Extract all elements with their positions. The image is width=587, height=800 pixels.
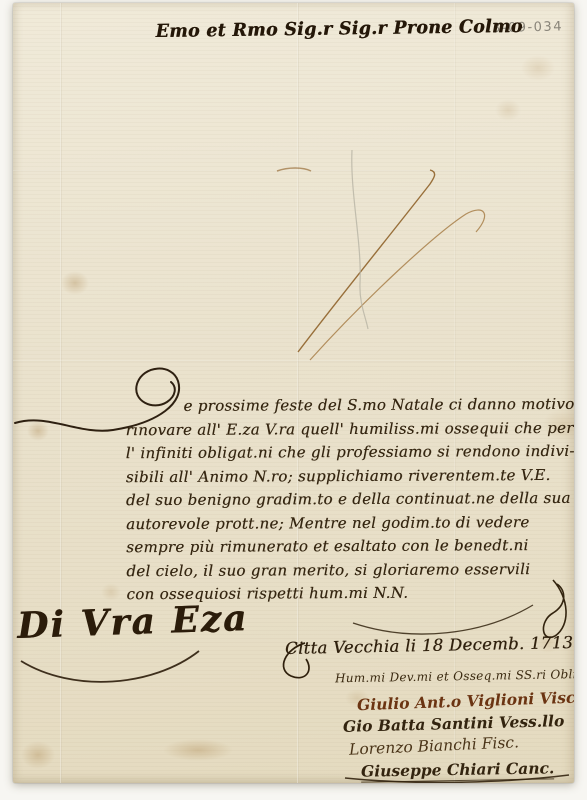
closing-line: Hum.mi Dev.mi et Osseq.mi SS.ri Oblig.mi <box>335 667 574 686</box>
crease-mark <box>352 150 368 329</box>
body-line: sibili all' Animo N.ro; supplichiamo riv… <box>126 463 574 489</box>
stain <box>27 421 49 441</box>
stain <box>495 99 521 121</box>
stain <box>61 271 89 295</box>
valediction: Di Vra Eza <box>16 597 249 647</box>
body-line: e prossime feste del S.mo Natale ci dann… <box>125 393 574 419</box>
letter-header: Emo et Rmo Sig.r Sig.r Prone Colmo <box>155 17 446 42</box>
stain <box>101 583 121 601</box>
letter-body: e prossime feste del S.mo Natale ci dann… <box>125 393 574 607</box>
pen-flourish <box>21 651 199 682</box>
manuscript-paper: 3-09-034 Emo et Rmo Sig.r Sig.r Prone Co… <box>13 3 574 783</box>
fold-line <box>13 170 574 172</box>
pen-flourish <box>353 605 533 634</box>
signature: Gio Batta Santini Vess.llo <box>343 711 565 736</box>
stain <box>21 741 55 769</box>
signature: Giulio Ant.o Viglioni Viscon. <box>357 687 574 715</box>
ink-mark <box>277 168 311 171</box>
scan-background: 3-09-034 Emo et Rmo Sig.r Sig.r Prone Co… <box>0 0 587 800</box>
body-line: del cielo, il suo gran merito, si gloria… <box>126 557 574 583</box>
signature: Lorenzo Bianchi Fisc. <box>349 733 520 758</box>
body-line: l' infiniti obligat.ni che gli professia… <box>126 440 574 466</box>
fold-line <box>297 3 299 783</box>
dateline: Citta Vecchia li 18 Decemb. 1713 <box>285 633 574 658</box>
pen-stroke <box>310 210 485 360</box>
stain <box>521 55 555 81</box>
body-line: autorevole prott.ne; Mentre nel godim.to… <box>126 510 574 536</box>
body-line: sempre più rimunerato et esaltato con le… <box>126 534 574 560</box>
signature: Giuseppe Chiari Canc. <box>361 758 555 782</box>
fold-line <box>60 3 62 783</box>
pen-stroke <box>298 170 435 352</box>
body-line: rinovare all' E.za V.ra quell' humiliss.… <box>126 416 574 442</box>
stain <box>163 739 233 761</box>
body-line: del suo benigno gradim.to e della contin… <box>126 487 574 513</box>
fold-line <box>13 360 574 362</box>
